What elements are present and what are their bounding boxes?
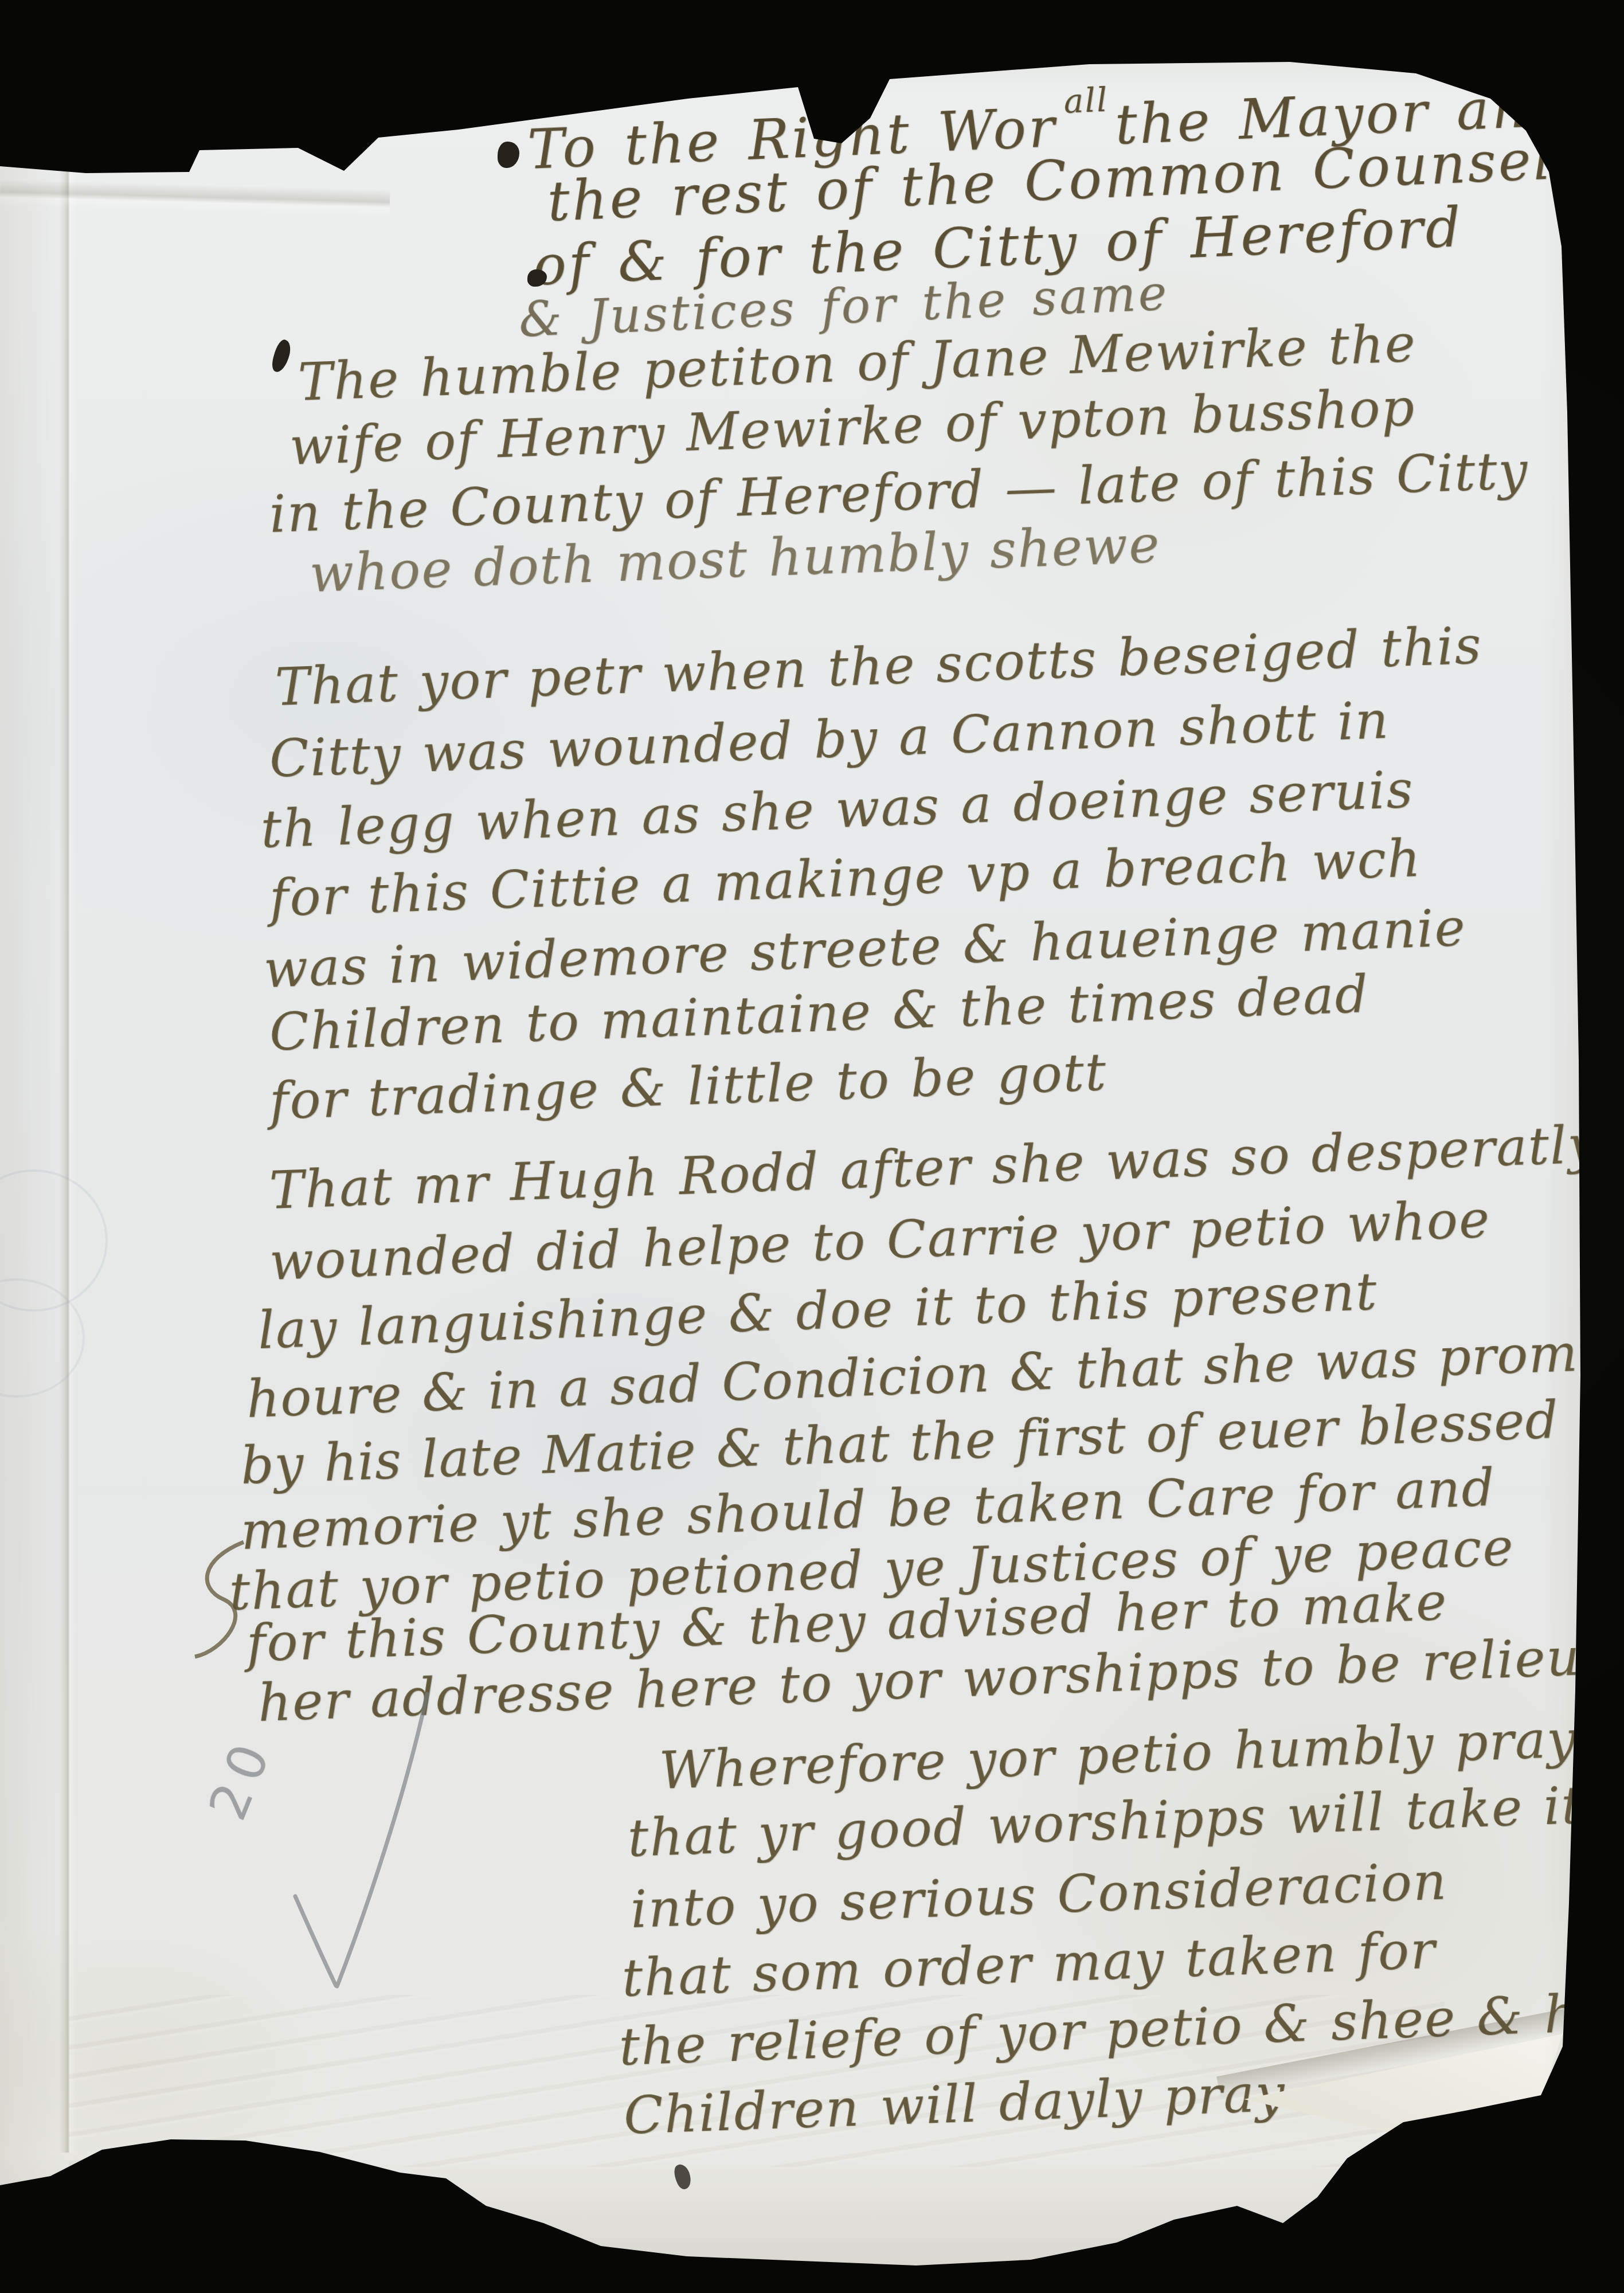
- ink-blot: [270, 338, 293, 374]
- photo-background: To the Right Worallthe Mayor and the res…: [0, 0, 1624, 2293]
- pencil-checkmark: [275, 1680, 459, 2001]
- margin-flourish: [189, 1536, 258, 1662]
- fold-crease-vertical: [59, 169, 76, 2153]
- ink-blot: [498, 142, 519, 168]
- heading-superscript: all: [1055, 80, 1114, 121]
- pencil-number: 20: [198, 1728, 285, 1828]
- manuscript-page: To the Right Worallthe Mayor and the res…: [0, 0, 1624, 2293]
